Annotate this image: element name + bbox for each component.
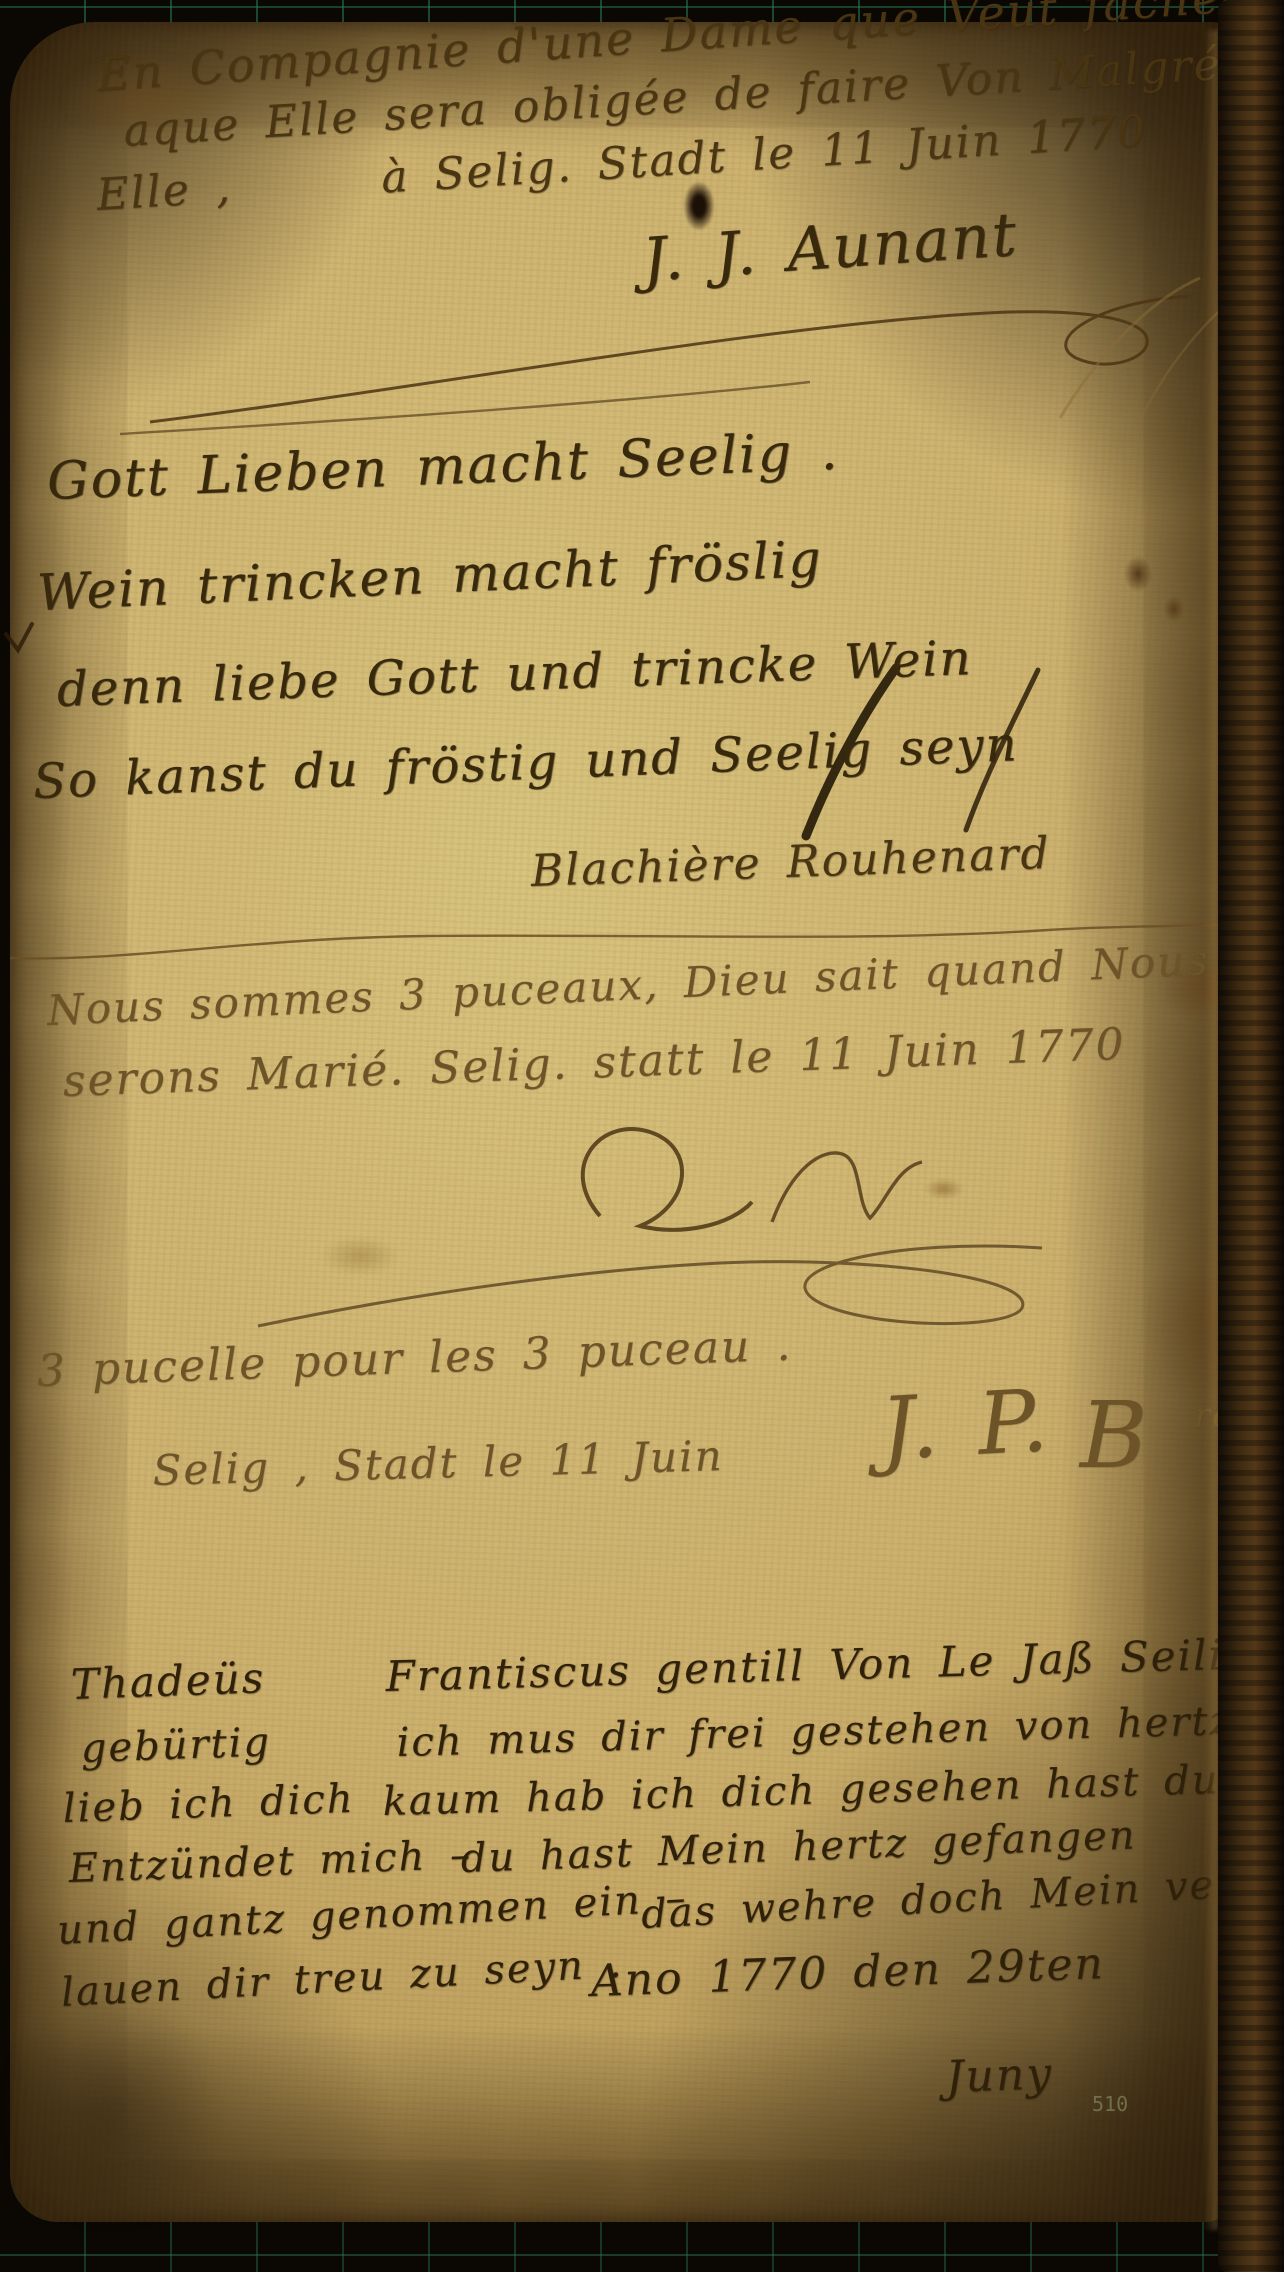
entry5-row2-left: gebürtig [80, 1719, 272, 1772]
entry4-initial-b: B [1080, 1382, 1150, 1489]
manuscript-photo: En Compagnie d'une Dame que Veut fachée … [0, 0, 1284, 2272]
margin-tick-mark [2, 620, 38, 660]
entry5-row1-left: Thadeüs [70, 1653, 266, 1709]
underline-loops-svg [250, 1218, 1070, 1340]
page-number-mark: 510 [1092, 2092, 1128, 2116]
book-binding-edge [1218, 0, 1284, 2272]
entry5-row7-juny: Juny [945, 2048, 1054, 2103]
page-curl-highlight [1204, 30, 1218, 2230]
entry4-initials-jp: J. P. [878, 1371, 1052, 1480]
